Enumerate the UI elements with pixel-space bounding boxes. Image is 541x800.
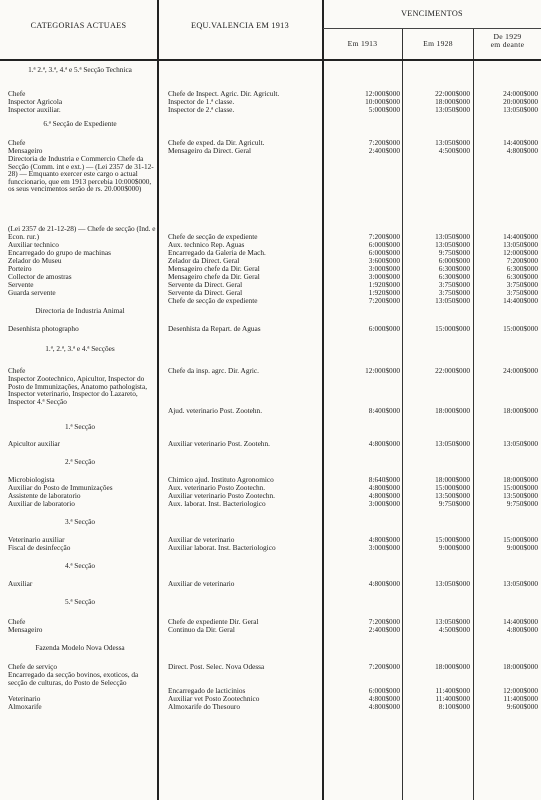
salary-1929-cell: 3:750$000 — [476, 289, 538, 297]
salary-1928-cell: 13:050$000 — [404, 297, 470, 305]
equivalencia-cell: Auxiliar de veterinario — [168, 580, 330, 588]
salary-1929-cell: 13:050$000 — [476, 106, 538, 114]
section-title: Directoria de Industria Animal — [4, 307, 156, 315]
header-em-1913: Em 1913 — [323, 39, 402, 48]
salary-1913-cell: 12:000$000 — [334, 367, 400, 375]
header-de-1929: De 1929 em deante — [474, 33, 541, 49]
equivalencia-cell: Direct. Post. Selec. Nova Odessa — [168, 663, 330, 671]
categoria-cell: Apicultor auxiliar — [8, 440, 156, 448]
header-em-1928: Em 1928 — [403, 39, 473, 48]
equivalencia-cell: Servente da Direct. Geral — [168, 289, 330, 297]
salary-1913-cell: 1:920$000 — [334, 289, 400, 297]
categoria-cell: Mensageiro — [8, 626, 156, 634]
categoria-cell: Inspector auxiliar. — [8, 106, 156, 114]
salary-1929-cell: 9:600$000 — [476, 703, 538, 711]
salary-1913-cell: 2:400$000 — [334, 147, 400, 155]
equivalencia-cell: Inspector de 2.ª classe. — [168, 106, 330, 114]
section-title: 3.ª Secção — [4, 518, 156, 526]
salary-1928-cell: 13:050$000 — [404, 106, 470, 114]
salary-1928-cell: 13:050$000 — [404, 440, 470, 448]
categoria-cell: Auxiliar de laboratorio — [8, 500, 156, 508]
section-title: 1.ª 2.ª, 3.ª, 4.ª e 5.ª Secção Technica — [4, 66, 156, 74]
equivalencia-cell: Continuo da Dir. Geral — [168, 626, 330, 634]
equivalencia-cell: Desenhista da Repart. de Aguas — [168, 325, 330, 333]
salary-1913-cell: 2:400$000 — [334, 626, 400, 634]
salary-1913-cell: 4:800$000 — [334, 440, 400, 448]
salary-1928-cell: 13:050$000 — [404, 580, 470, 588]
salary-1929-cell: 13:050$000 — [476, 440, 538, 448]
salary-1913-cell: 8:400$000 — [334, 407, 400, 415]
section-title: 4.ª Secção — [4, 562, 156, 570]
salary-1929-cell: 14:400$000 — [476, 297, 538, 305]
salary-1913-cell: 6:000$000 — [334, 325, 400, 333]
section-title: 5.ª Secção — [4, 598, 156, 606]
salary-1913-cell: 5:000$000 — [334, 106, 400, 114]
salary-1929-cell: 18:000$000 — [476, 407, 538, 415]
categoria-cell: Desenhista photographo — [8, 325, 156, 333]
categoria-cell: Almoxarife — [8, 703, 156, 711]
equivalencia-cell: Mensageiro da Direct. Geral — [168, 147, 330, 155]
salary-1928-cell: 8:100$000 — [404, 703, 470, 711]
salary-1928-cell: 18:000$000 — [404, 663, 470, 671]
equivalencia-cell: Almoxarife do Thesouro — [168, 703, 330, 711]
salary-1928-cell: 4:500$000 — [404, 147, 470, 155]
column-divider-2 — [322, 0, 324, 800]
header-categorias: CATEGORIAS ACTUAES — [0, 21, 157, 30]
equivalencia-cell: Chefe da insp. agrc. Dir. Agric. — [168, 367, 330, 375]
column-divider-4 — [473, 29, 474, 800]
salary-1929-cell: 9:000$000 — [476, 544, 538, 552]
salary-1928-cell: 3:750$000 — [404, 289, 470, 297]
categoria-cell: Encarregado da secção bovinos, exoticos,… — [8, 671, 156, 686]
section-title: 1.ª, 2.ª, 3.ª e 4.ª Secções — [4, 345, 156, 353]
salary-1913-cell: 4:800$000 — [334, 580, 400, 588]
section-title: 6.ª Secção de Expediente — [4, 120, 156, 128]
header-vencimentos: VENCIMENTOS — [323, 9, 541, 18]
equivalencia-cell: Auxiliar laborat. Inst. Bacteriologico — [168, 544, 330, 552]
header-equivalencia: EQU.VALENCIA EM 1913 — [158, 21, 322, 30]
salary-1929-cell: 4:800$000 — [476, 626, 538, 634]
salary-1913-cell: 4:800$000 — [334, 703, 400, 711]
section-title: 2.ª Secção — [4, 458, 156, 466]
header-bottom-rule — [0, 59, 541, 61]
salary-1929-cell: 15:000$000 — [476, 325, 538, 333]
salary-1928-cell: 18:000$000 — [404, 407, 470, 415]
salary-1913-cell: 7:200$000 — [334, 297, 400, 305]
salary-1913-cell: 7:200$000 — [334, 663, 400, 671]
salary-1928-cell: 4:500$000 — [404, 626, 470, 634]
header-de-1929-line2: em deante — [474, 41, 541, 49]
salary-1929-cell: 4:800$000 — [476, 147, 538, 155]
salary-1929-cell: 13:050$000 — [476, 580, 538, 588]
equivalencia-cell: Auxiliar veterinario Post. Zootehn. — [168, 440, 330, 448]
equivalencia-cell: Chefe de secção de expediente — [168, 297, 330, 305]
categoria-cell: Directoria de Industria e Commercio Chef… — [8, 155, 156, 193]
salary-1929-cell: 9:750$000 — [476, 500, 538, 508]
column-divider-3 — [402, 29, 403, 800]
categoria-cell: Guarda servente — [8, 289, 156, 297]
salary-1913-cell: 3:000$000 — [334, 500, 400, 508]
salary-1929-cell: 18:000$000 — [476, 663, 538, 671]
salary-1928-cell: 15:000$000 — [404, 325, 470, 333]
salary-1928-cell: 22:000$000 — [404, 367, 470, 375]
categoria-cell: Inspector Zootechnico, Apicultor, Inspec… — [8, 375, 156, 405]
categoria-cell: (Lei 2357 de 21-12-28) — Chefe de secção… — [8, 225, 156, 240]
equivalencia-cell: Ajud. veterinario Post. Zootehn. — [168, 407, 330, 415]
categoria-cell: Fiscal de desinfecção — [8, 544, 156, 552]
categoria-cell: Auxiliar — [8, 580, 156, 588]
column-divider-1 — [157, 0, 159, 800]
salary-1928-cell: 9:000$000 — [404, 544, 470, 552]
section-title: 1.ª Secção — [4, 423, 156, 431]
vencimentos-divider — [323, 28, 541, 29]
salary-1928-cell: 9:750$000 — [404, 500, 470, 508]
salary-1913-cell: 3:000$000 — [334, 544, 400, 552]
salary-1929-cell: 24:000$000 — [476, 367, 538, 375]
section-title: Fazenda Modelo Nova Odessa — [4, 644, 156, 652]
equivalencia-cell: Aux. laborat. Inst. Bacteriologico — [168, 500, 330, 508]
